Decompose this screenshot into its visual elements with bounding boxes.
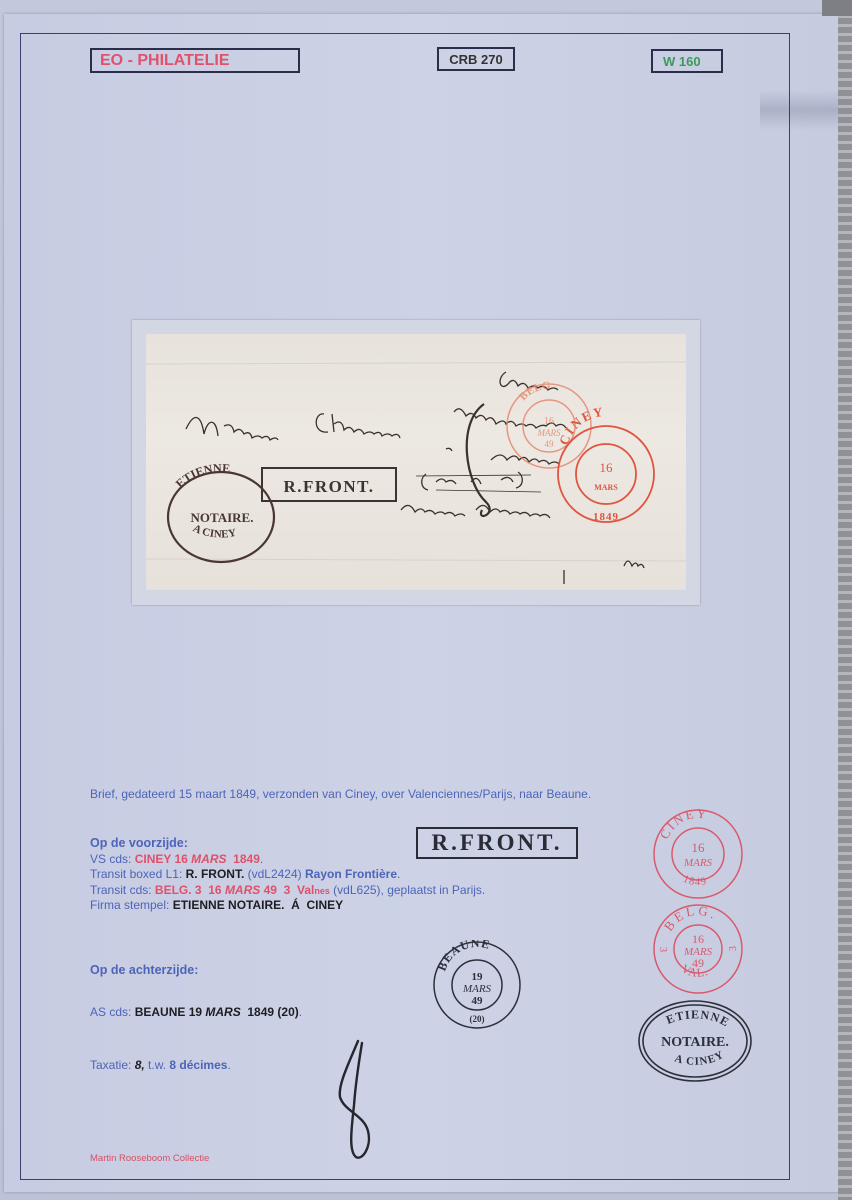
as-cds-rest: 1849 (20)	[241, 1005, 299, 1019]
svg-text:R.FRONT.: R.FRONT.	[283, 477, 374, 496]
ill-belg-side-left: 3	[657, 947, 668, 952]
vs-cds-label: VS cds:	[90, 852, 135, 866]
cover-image: BELG 16 MARS 49 CINEY 16 MARS 1849 R.FRO…	[146, 334, 686, 590]
ill-beaune-month: MARS	[462, 983, 492, 995]
rfront-illustration: R.FRONT.	[416, 827, 578, 859]
ill-beaune-day: 19	[472, 971, 484, 983]
transit-boxed-end: .	[397, 867, 400, 881]
cover-description: Brief, gedateerd 15 maart 1849, verzonde…	[90, 787, 591, 801]
svg-text:NOTAIRE.: NOTAIRE.	[191, 510, 254, 525]
ill-ciney-year: 1849	[681, 873, 708, 888]
ill-beaune-code: (20)	[470, 1014, 485, 1024]
svg-text:MARS: MARS	[537, 428, 561, 438]
item-code: W 160	[651, 49, 723, 73]
transit-boxed-label: Transit boxed L1:	[90, 867, 186, 881]
exhibit-title: EO - PHILATELIE	[90, 48, 300, 73]
firma-illustration: ETIENNE NOTAIRE. A CINEY	[636, 998, 754, 1084]
svg-text:MARS: MARS	[594, 483, 618, 492]
firma-line: Firma stempel: ETIENNE NOTAIRE. Á CINEY	[90, 898, 485, 914]
collection-footer: Martin Rooseboom Collectie	[90, 1153, 209, 1164]
ill-firma-bottom: A CINEY	[673, 1049, 726, 1068]
cover-drawing: BELG 16 MARS 49 CINEY 16 MARS 1849 R.FRO…	[146, 334, 686, 590]
firma-label: Firma stempel:	[90, 898, 173, 912]
svg-text:16: 16	[600, 460, 614, 475]
svg-text:1849: 1849	[593, 511, 619, 523]
as-cds-month: MARS	[205, 1005, 240, 1019]
taxation-mid: t.w.	[145, 1058, 170, 1072]
svg-text:A CINEY: A CINEY	[673, 1049, 726, 1068]
ciney-illustration: CINEY 16 MARS 1849	[652, 808, 744, 900]
ill-ciney-day: 16	[692, 840, 706, 855]
vs-cds-year: 1849	[227, 852, 260, 866]
as-cds-line: AS cds: BEAUNE 19 MARS 1849 (20).	[90, 1005, 302, 1019]
binder-tab	[822, 0, 852, 16]
svg-text:ETIENNE: ETIENNE	[173, 461, 231, 491]
svg-text:BEAUNE: BEAUNE	[435, 940, 492, 973]
catalog-reference: CRB 270	[437, 47, 515, 71]
transit-boxed-name: Rayon Frontière	[305, 867, 397, 881]
belg-illustration: BELG. 16 MARS 49 3 3 VAL.	[652, 903, 744, 995]
vs-cds-month: MARS	[191, 852, 226, 866]
beaune-illustration: BEAUNE 19 MARS 49 (20)	[430, 940, 524, 1030]
ill-firma-middle: NOTAIRE.	[661, 1035, 729, 1050]
ill-belg-side-right: 3	[728, 946, 739, 951]
transit-boxed-ref: (vdL2424)	[244, 867, 305, 881]
svg-text:16: 16	[544, 416, 554, 427]
transit-cds-line: Transit cds: BELG. 3 16 MARS 49 3 Valnes…	[90, 883, 485, 899]
as-cds-end: .	[299, 1005, 302, 1019]
transit-boxed-line: Transit boxed L1: R. FRONT. (vdL2424) Ra…	[90, 867, 485, 883]
transit-cds-sup: nes	[314, 886, 330, 896]
vs-cds-end: .	[260, 852, 263, 866]
back-heading: Op de achterzijde:	[90, 963, 198, 977]
taxation-decimes: 8 décimes	[169, 1058, 227, 1072]
taxation-value: 8,	[135, 1058, 145, 1072]
vs-cds-town: CINEY 16	[135, 852, 191, 866]
transit-cds-month: MARS	[225, 883, 260, 897]
svg-text:1849: 1849	[681, 873, 708, 888]
transit-cds-rest: (vdL625), geplaatst in Parijs.	[330, 883, 485, 897]
svg-text:A CINEY: A CINEY	[191, 522, 237, 540]
taxation-end: .	[227, 1058, 230, 1072]
rfront-boxed-mark: R.FRONT.	[262, 468, 396, 501]
as-cds-town: BEAUNE 19	[135, 1005, 206, 1019]
transit-cds-label: Transit cds:	[90, 883, 155, 897]
ill-beaune-year: 49	[472, 995, 484, 1007]
taxation-label: Taxatie:	[90, 1058, 135, 1072]
transit-boxed-value: R. FRONT.	[186, 867, 245, 881]
ill-beaune-town: BEAUNE	[435, 940, 492, 973]
svg-text:49: 49	[545, 439, 555, 449]
binder-strip	[838, 0, 852, 1200]
ciney-postmark: CINEY 16 MARS 1849	[556, 404, 654, 523]
transit-cds-a: BELG. 3 16	[155, 883, 225, 897]
ill-belg-day: 16	[692, 932, 704, 946]
transit-cds-b: 49 3 Val	[260, 883, 314, 897]
as-cds-label: AS cds:	[90, 1005, 135, 1019]
firma-value: ETIENNE NOTAIRE. Á CINEY	[173, 898, 343, 912]
handwritten-tax-mark	[330, 1035, 380, 1165]
firma-oval-stamp: ETIENNE NOTAIRE. A CINEY	[168, 461, 274, 562]
taxation-line: Taxatie: 8, t.w. 8 décimes.	[90, 1058, 231, 1072]
ill-ciney-month: MARS	[683, 857, 713, 869]
